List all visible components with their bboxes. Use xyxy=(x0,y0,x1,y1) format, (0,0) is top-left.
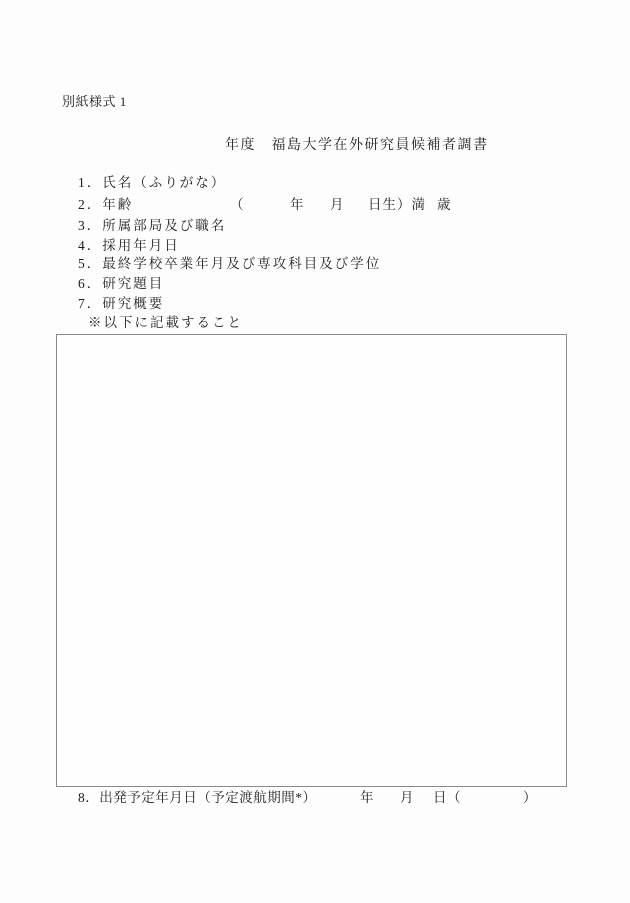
age-years-unit-label: 歳 xyxy=(437,197,452,213)
field-2-age-label: 2．年齢 xyxy=(78,197,133,213)
field-5-education: 5．最終学校卒業年月及び専攻科目及び学位 xyxy=(78,256,381,272)
field-6-research-topic: 6．研究題目 xyxy=(78,276,164,292)
departure-year-label: 年 xyxy=(360,790,374,806)
field-7-research-summary: 7．研究概要 xyxy=(78,296,164,312)
age-year-label: 年 xyxy=(290,197,305,213)
age-birthday-close-label: 日生）満 xyxy=(368,197,426,213)
page-title: 年度 福島大学在外研究員候補者調書 xyxy=(225,138,489,154)
field-4-hire-date: 4．採用年月日 xyxy=(78,238,180,254)
form-number-label: 別紙様式 1 xyxy=(62,95,127,110)
age-paren-open: （ xyxy=(230,197,245,213)
field-3-affiliation: 3．所属部局及び職名 xyxy=(78,218,226,234)
field-1-name: 1．氏名（ふりがな） xyxy=(78,175,226,191)
departure-month-label: 月 xyxy=(400,790,414,806)
age-month-label: 月 xyxy=(330,197,345,213)
field-8-departure-label: 8．出発予定年月日（予定渡航期間*） xyxy=(78,790,317,806)
departure-paren-close: ） xyxy=(523,790,537,806)
note-fill-in-below: ※以下に記載すること xyxy=(88,315,243,331)
document-page: 別紙様式 1 年度 福島大学在外研究員候補者調書 1．氏名（ふりがな） 2．年齢… xyxy=(0,0,630,903)
departure-day-paren-open: 日（ xyxy=(433,790,461,806)
research-summary-box xyxy=(56,334,567,787)
